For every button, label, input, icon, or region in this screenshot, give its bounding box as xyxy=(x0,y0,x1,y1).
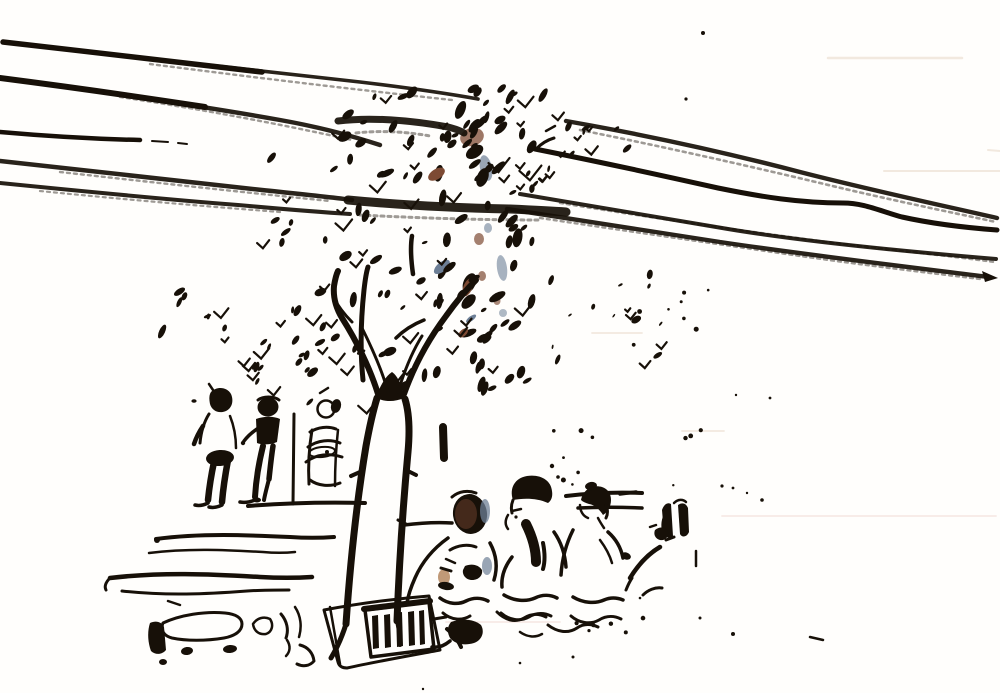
ink-speck xyxy=(556,475,560,479)
ink-speck xyxy=(746,492,748,494)
leaf-dab xyxy=(576,471,580,475)
ink-speck xyxy=(720,484,723,487)
leaf-dab xyxy=(707,289,710,292)
ink-speck xyxy=(519,662,522,665)
leaf-dab xyxy=(688,434,693,439)
speaker-slat xyxy=(419,610,425,645)
paper-background xyxy=(0,0,1000,693)
short-post xyxy=(443,427,444,458)
leaf-dab xyxy=(579,428,584,433)
ink-speck xyxy=(735,394,737,396)
leaf-dab xyxy=(641,616,646,621)
leaf-dab xyxy=(609,622,613,626)
ink-speck xyxy=(731,632,735,636)
leaf-dab xyxy=(682,291,686,295)
leaf-dab xyxy=(699,428,703,432)
sketch-canvas: Ink brush sketch: a group of people picn… xyxy=(0,0,1000,693)
ink-speck xyxy=(760,498,764,502)
leaf-dab xyxy=(587,629,590,632)
leaf-dab xyxy=(638,317,641,320)
leaf-dab xyxy=(637,309,642,314)
figure-legs xyxy=(448,620,483,645)
ink-speck xyxy=(732,487,735,490)
figure-torso xyxy=(256,417,280,445)
leaf-dab xyxy=(694,327,699,332)
speaker-slat xyxy=(372,615,379,649)
leaf-dab xyxy=(667,308,670,311)
ink-speck xyxy=(699,617,702,620)
leaf-dab xyxy=(680,300,683,303)
speaker-slat xyxy=(396,612,403,647)
boombox-knob xyxy=(434,617,446,619)
leaf-dab xyxy=(552,429,556,433)
leaf-dab xyxy=(561,478,566,483)
leaf-dab xyxy=(632,343,636,347)
ink-speck xyxy=(639,597,642,600)
artwork: Ink brush sketch: a group of people picn… xyxy=(0,0,1000,693)
leaf-dab xyxy=(682,317,686,321)
ink-speck xyxy=(572,656,575,659)
leaf-dab xyxy=(591,436,595,440)
speaker-slat xyxy=(384,614,391,648)
figure-head xyxy=(209,388,232,412)
ink-speck xyxy=(422,688,424,690)
ink-speck xyxy=(684,97,687,100)
leaf-dab xyxy=(683,436,687,440)
leaf-dab xyxy=(672,484,674,486)
speaker-slat xyxy=(408,611,415,646)
leaf-dab xyxy=(562,456,565,459)
leaf-dab xyxy=(624,630,628,634)
ink-speck xyxy=(550,464,554,468)
leaf-dab xyxy=(571,483,574,486)
ink-speck xyxy=(769,397,772,400)
ink-speck xyxy=(701,31,705,35)
